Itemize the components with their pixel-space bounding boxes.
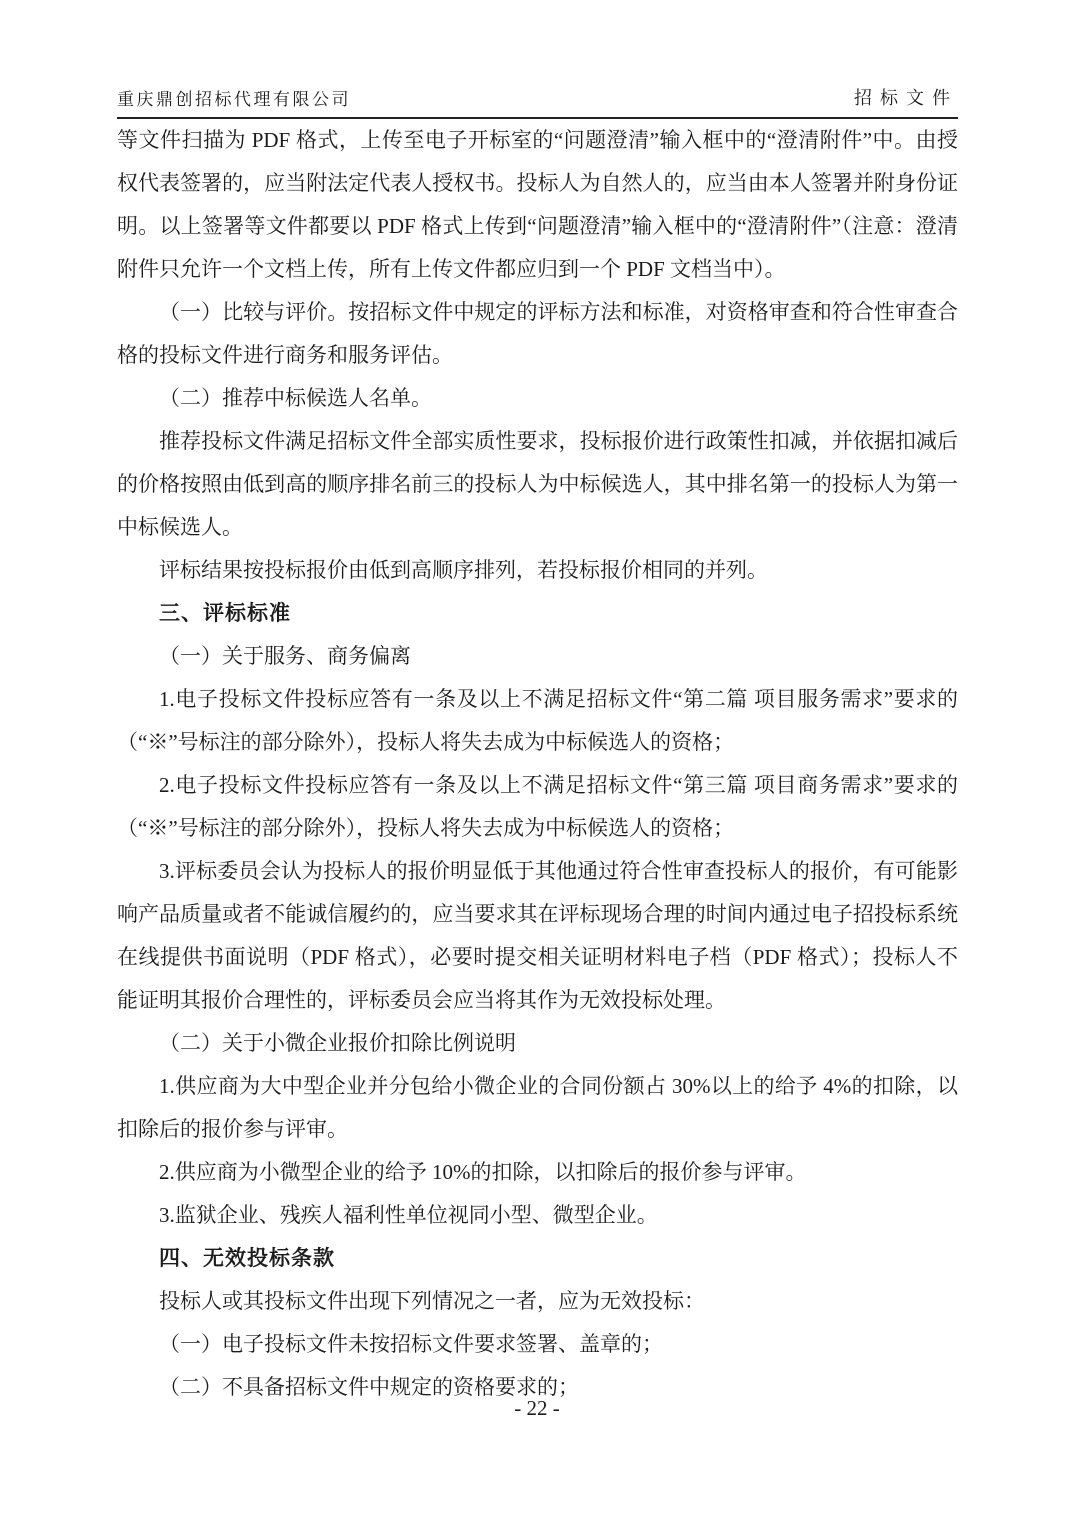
paragraph-ranking-rule: 推荐投标文件满足招标文件全部实质性要求，投标报价进行政策性扣减，并依据扣减后的价…: [117, 420, 958, 549]
paragraph-service-deviation-title: （一）关于服务、商务偏离: [117, 635, 958, 678]
paragraph-item-2-commerce: 2.电子投标文件投标应答有一条及以上不满足招标文件“第三篇 项目商务需求”要求的…: [117, 764, 958, 850]
paragraph-sme-item-2: 2.供应商为小微型企业的给予 10%的扣除，以扣除后的报价参与评审。: [117, 1151, 958, 1194]
page-number: - 22 -: [0, 1396, 1074, 1421]
header-company-name: 重庆鼎创招标代理有限公司: [117, 85, 351, 110]
paragraph-recommend-candidates: （二）推荐中标候选人名单。: [117, 377, 958, 420]
page-header: 重庆鼎创招标代理有限公司 招标文件: [117, 84, 958, 119]
document-body: 等文件扫描为 PDF 格式，上传至电子开标室的“问题澄清”输入框中的“澄清附件”…: [117, 119, 958, 1409]
section-heading-invalid-bid-clauses: 四、无效投标条款: [117, 1237, 958, 1280]
paragraph-compare-evaluate: （一）比较与评价。按招标文件中规定的评标方法和标准，对资格审查和符合性审查合格的…: [117, 291, 958, 377]
paragraph-sme-deduction-title: （二）关于小微企业报价扣除比例说明: [117, 1022, 958, 1065]
document-page: 重庆鼎创招标代理有限公司 招标文件 等文件扫描为 PDF 格式，上传至电子开标室…: [0, 0, 1074, 1520]
paragraph-item-1-service: 1.电子投标文件投标应答有一条及以上不满足招标文件“第二篇 项目服务需求”要求的…: [117, 678, 958, 764]
paragraph-invalid-item-1: （一）电子投标文件未按招标文件要求签署、盖章的；: [117, 1323, 958, 1366]
section-heading-evaluation-criteria: 三、评标标准: [117, 592, 958, 635]
paragraph-result-order: 评标结果按投标报价由低到高顺序排列，若投标报价相同的并列。: [117, 549, 958, 592]
paragraph-continuation: 等文件扫描为 PDF 格式，上传至电子开标室的“问题澄清”输入框中的“澄清附件”…: [117, 119, 958, 291]
paragraph-sme-item-1: 1.供应商为大中型企业并分包给小微企业的合同份额占 30%以上的给予 4%的扣除…: [117, 1065, 958, 1151]
header-doc-type: 招标文件: [854, 84, 958, 110]
paragraph-item-3-low-price: 3.评标委员会认为投标人的报价明显低于其他通过符合性审查投标人的报价，有可能影响…: [117, 850, 958, 1022]
paragraph-invalid-bid-intro: 投标人或其投标文件出现下列情况之一者，应为无效投标：: [117, 1280, 958, 1323]
paragraph-sme-item-3: 3.监狱企业、残疾人福利性单位视同小型、微型企业。: [117, 1194, 958, 1237]
